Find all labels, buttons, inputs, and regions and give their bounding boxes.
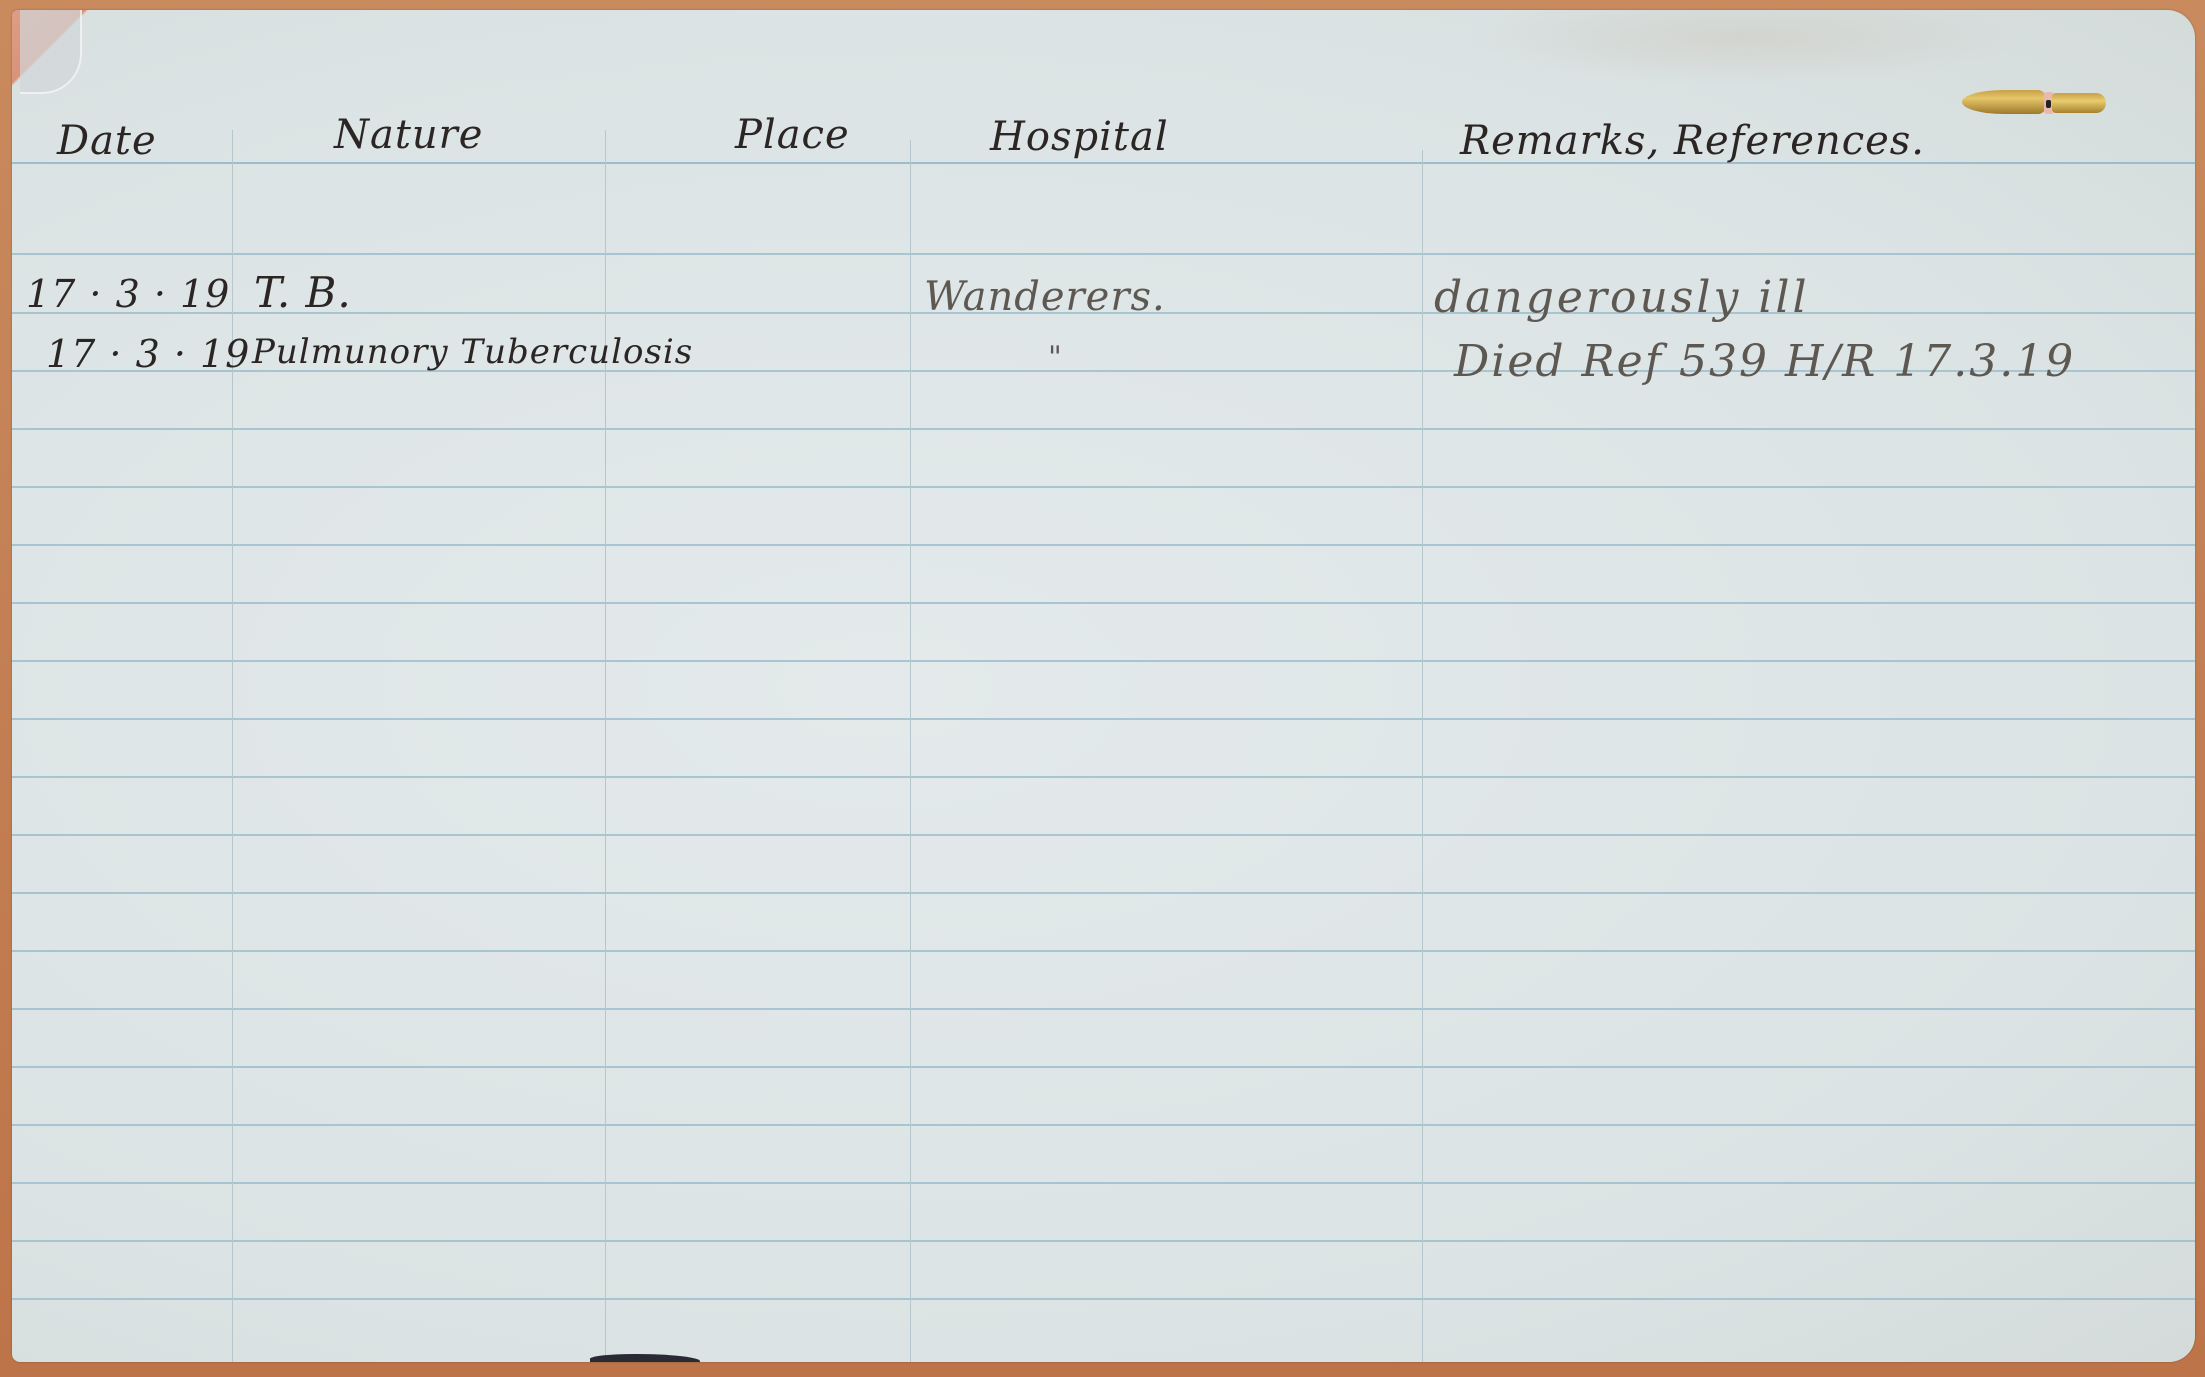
rule-line: [12, 1008, 2195, 1010]
row1-nature: T. B.: [254, 268, 352, 317]
header-nature: Nature: [334, 112, 483, 158]
column-divider-hospital: [1422, 150, 1423, 1362]
rule-line: [12, 544, 2195, 546]
rule-line: [12, 253, 2195, 255]
header-remarks: Remarks, References.: [1460, 118, 1925, 164]
row2-nature: Pulmunory Tuberculosis: [252, 332, 693, 372]
rule-line: [12, 718, 2195, 720]
rule-line: [12, 486, 2195, 488]
rule-line: [12, 1124, 2195, 1126]
rule-line: [12, 1066, 2195, 1068]
ink-blot: [590, 1354, 700, 1362]
rule-line: [12, 660, 2195, 662]
column-divider-nature: [605, 130, 606, 1362]
record-card: Date Nature Place Hospital Remarks, Refe…: [12, 10, 2195, 1362]
header-hospital: Hospital: [990, 114, 1169, 160]
column-divider-date: [232, 130, 233, 1362]
rule-line: [12, 1240, 2195, 1242]
paper-stain: [1462, 10, 2022, 85]
rule-line: [12, 834, 2195, 836]
rule-line: [12, 602, 2195, 604]
rule-line: [12, 1182, 2195, 1184]
rule-line: [12, 950, 2195, 952]
rule-line: [12, 892, 2195, 894]
rule-line: [12, 1298, 2195, 1300]
row2-hospital-ditto: ": [1048, 340, 1063, 375]
row1-hospital: Wanderers.: [924, 274, 1166, 320]
header-place: Place: [735, 112, 850, 158]
column-divider-place: [910, 140, 911, 1362]
row1-date: 17 · 3 · 19: [26, 272, 230, 316]
row2-remarks: Died Ref 539 H/R 17.3.19: [1454, 336, 2075, 387]
row2-date: 17 · 3 · 19: [46, 332, 250, 376]
brass-paper-fastener-icon: [1962, 90, 2107, 116]
rule-line: [12, 428, 2195, 430]
rule-line: [12, 776, 2195, 778]
row1-remarks: dangerously ill: [1434, 272, 1810, 323]
header-date: Date: [57, 118, 157, 164]
